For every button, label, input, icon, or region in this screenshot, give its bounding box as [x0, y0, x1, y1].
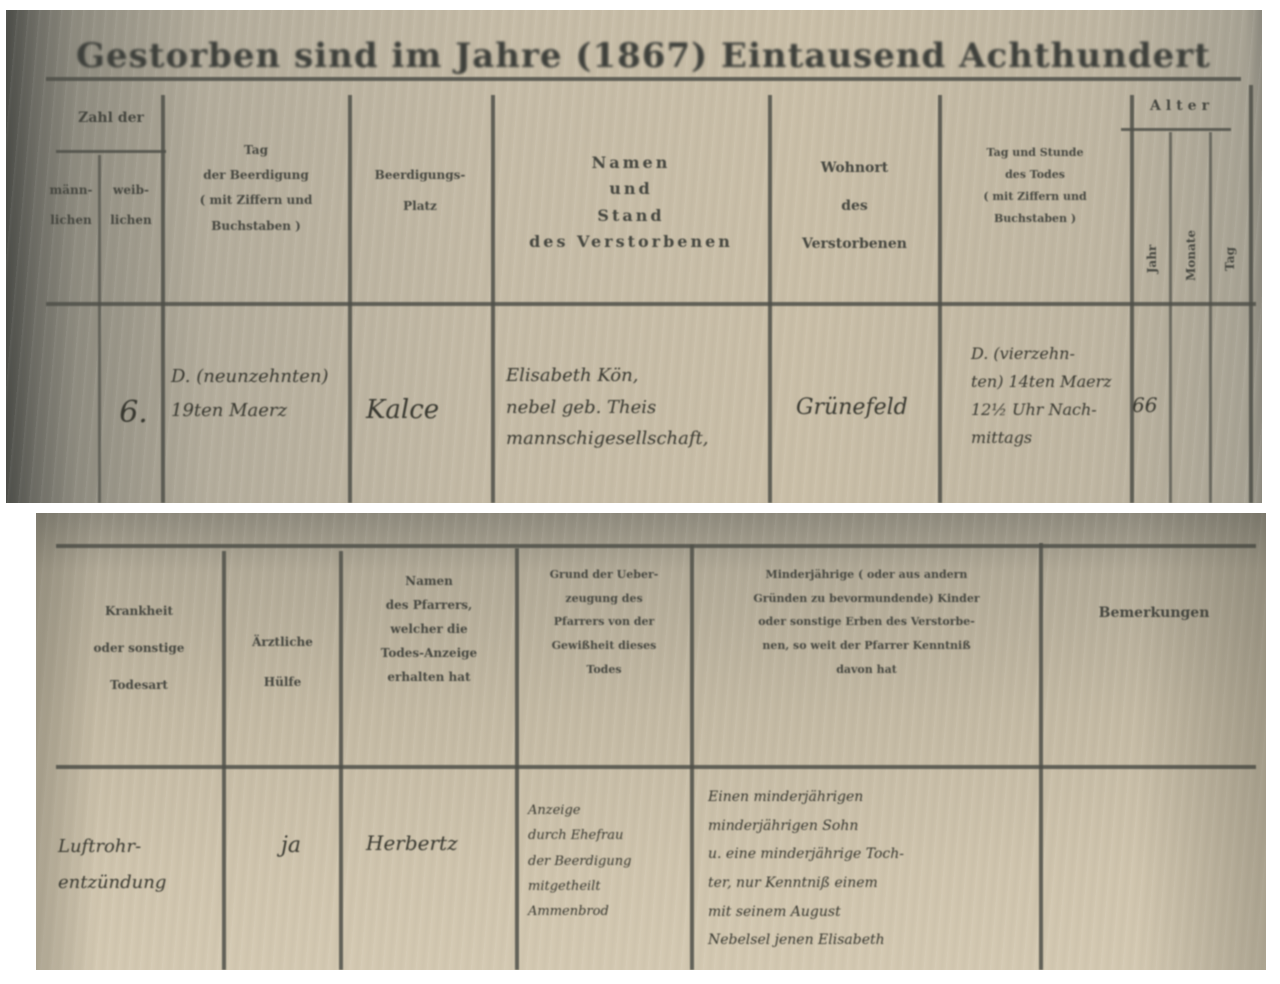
column-divider — [161, 95, 165, 503]
header-alter-tag: Tag — [1223, 239, 1237, 279]
header-alter-jahr: Jahr — [1145, 239, 1159, 279]
header-bemerkungen: Bemerkungen — [1042, 603, 1266, 625]
entry-krankheit: Luftrohr- entzündung — [58, 829, 218, 901]
alter-rule — [1121, 128, 1231, 131]
column-divider — [348, 95, 352, 503]
header-maennlichen: männ- lichen — [42, 175, 100, 235]
header-alter: Alter — [1132, 96, 1232, 118]
header-top-rule — [56, 544, 1256, 548]
entry-namen-stand: Elisabeth Kön, nebel geb. Theis mannschi… — [506, 360, 768, 455]
header-grund-ueberzeugung: Grund der Ueber- zeugung des Pfarrers vo… — [518, 563, 690, 681]
column-divider — [222, 551, 226, 970]
header-bottom-rule — [46, 302, 1256, 306]
register-title: Gestorben sind im Jahre (1867) Eintausen… — [76, 36, 1211, 76]
header-krankheit: Krankheit oder sonstige Todesart — [56, 593, 222, 705]
register-photo-bottom: Krankheit oder sonstige Todesart Ärztlic… — [36, 513, 1266, 970]
column-divider — [1209, 132, 1212, 503]
header-namen-pfarrer: Namen des Pfarrers, welcher die Todes-An… — [343, 569, 515, 689]
title-rule — [46, 77, 1241, 81]
entry-tag-stunde-todes: D. (vierzehn- ten) 14ten Maerz 12½ Uhr N… — [971, 340, 1131, 452]
entry-namen-pfarrer: Herbertz — [366, 831, 506, 855]
header-zahl-der: Zahl der — [61, 108, 161, 130]
zahl-der-rule — [56, 150, 166, 153]
entry-tag-beerdigung: D. (neunzehnten) 19ten Maerz — [171, 360, 346, 428]
header-tag-beerdigung: Tag der Beerdigung ( mit Ziffern und Buc… — [166, 138, 346, 239]
header-weiblichen: weib- lichen — [101, 175, 161, 235]
register-photo-top: Gestorben sind im Jahre (1867) Eintausen… — [6, 10, 1262, 503]
entry-minderjaehrige: Einen minderjährigen minderjährigen Sohn… — [708, 783, 1048, 955]
entry-weiblichen-number: 6. — [106, 395, 161, 430]
column-divider — [491, 95, 495, 503]
header-alter-monate: Monate — [1184, 237, 1198, 281]
entry-aerztliche-hilfe: ja — [246, 833, 336, 858]
header-tag-stunde-todes: Tag und Stunde des Todes ( mit Ziffern u… — [942, 142, 1128, 230]
entry-beerdigungsplatz: Kalce — [366, 395, 486, 425]
header-beerdigungsplatz: Beerdigungs- Platz — [352, 160, 488, 222]
entry-wohnort: Grünefeld — [796, 395, 936, 420]
header-minderjaehrige: Minderjährige ( oder aus andern Gründen … — [694, 563, 1039, 681]
header-namen-stand: Namen und Stand des Verstorbenen — [496, 150, 766, 256]
header-wohnort: Wohnort des Verstorbenen — [772, 150, 937, 263]
header-bottom-rule — [56, 765, 1256, 769]
entry-alter-jahr: 66 — [1132, 393, 1168, 417]
column-divider — [1169, 132, 1172, 503]
entry-grund-ueberzeugung: Anzeige durch Ehefrau der Beerdigung mit… — [528, 798, 688, 925]
header-aerztliche-hilfe: Ärztliche Hülfe — [226, 623, 339, 702]
page-edge — [1249, 85, 1253, 503]
